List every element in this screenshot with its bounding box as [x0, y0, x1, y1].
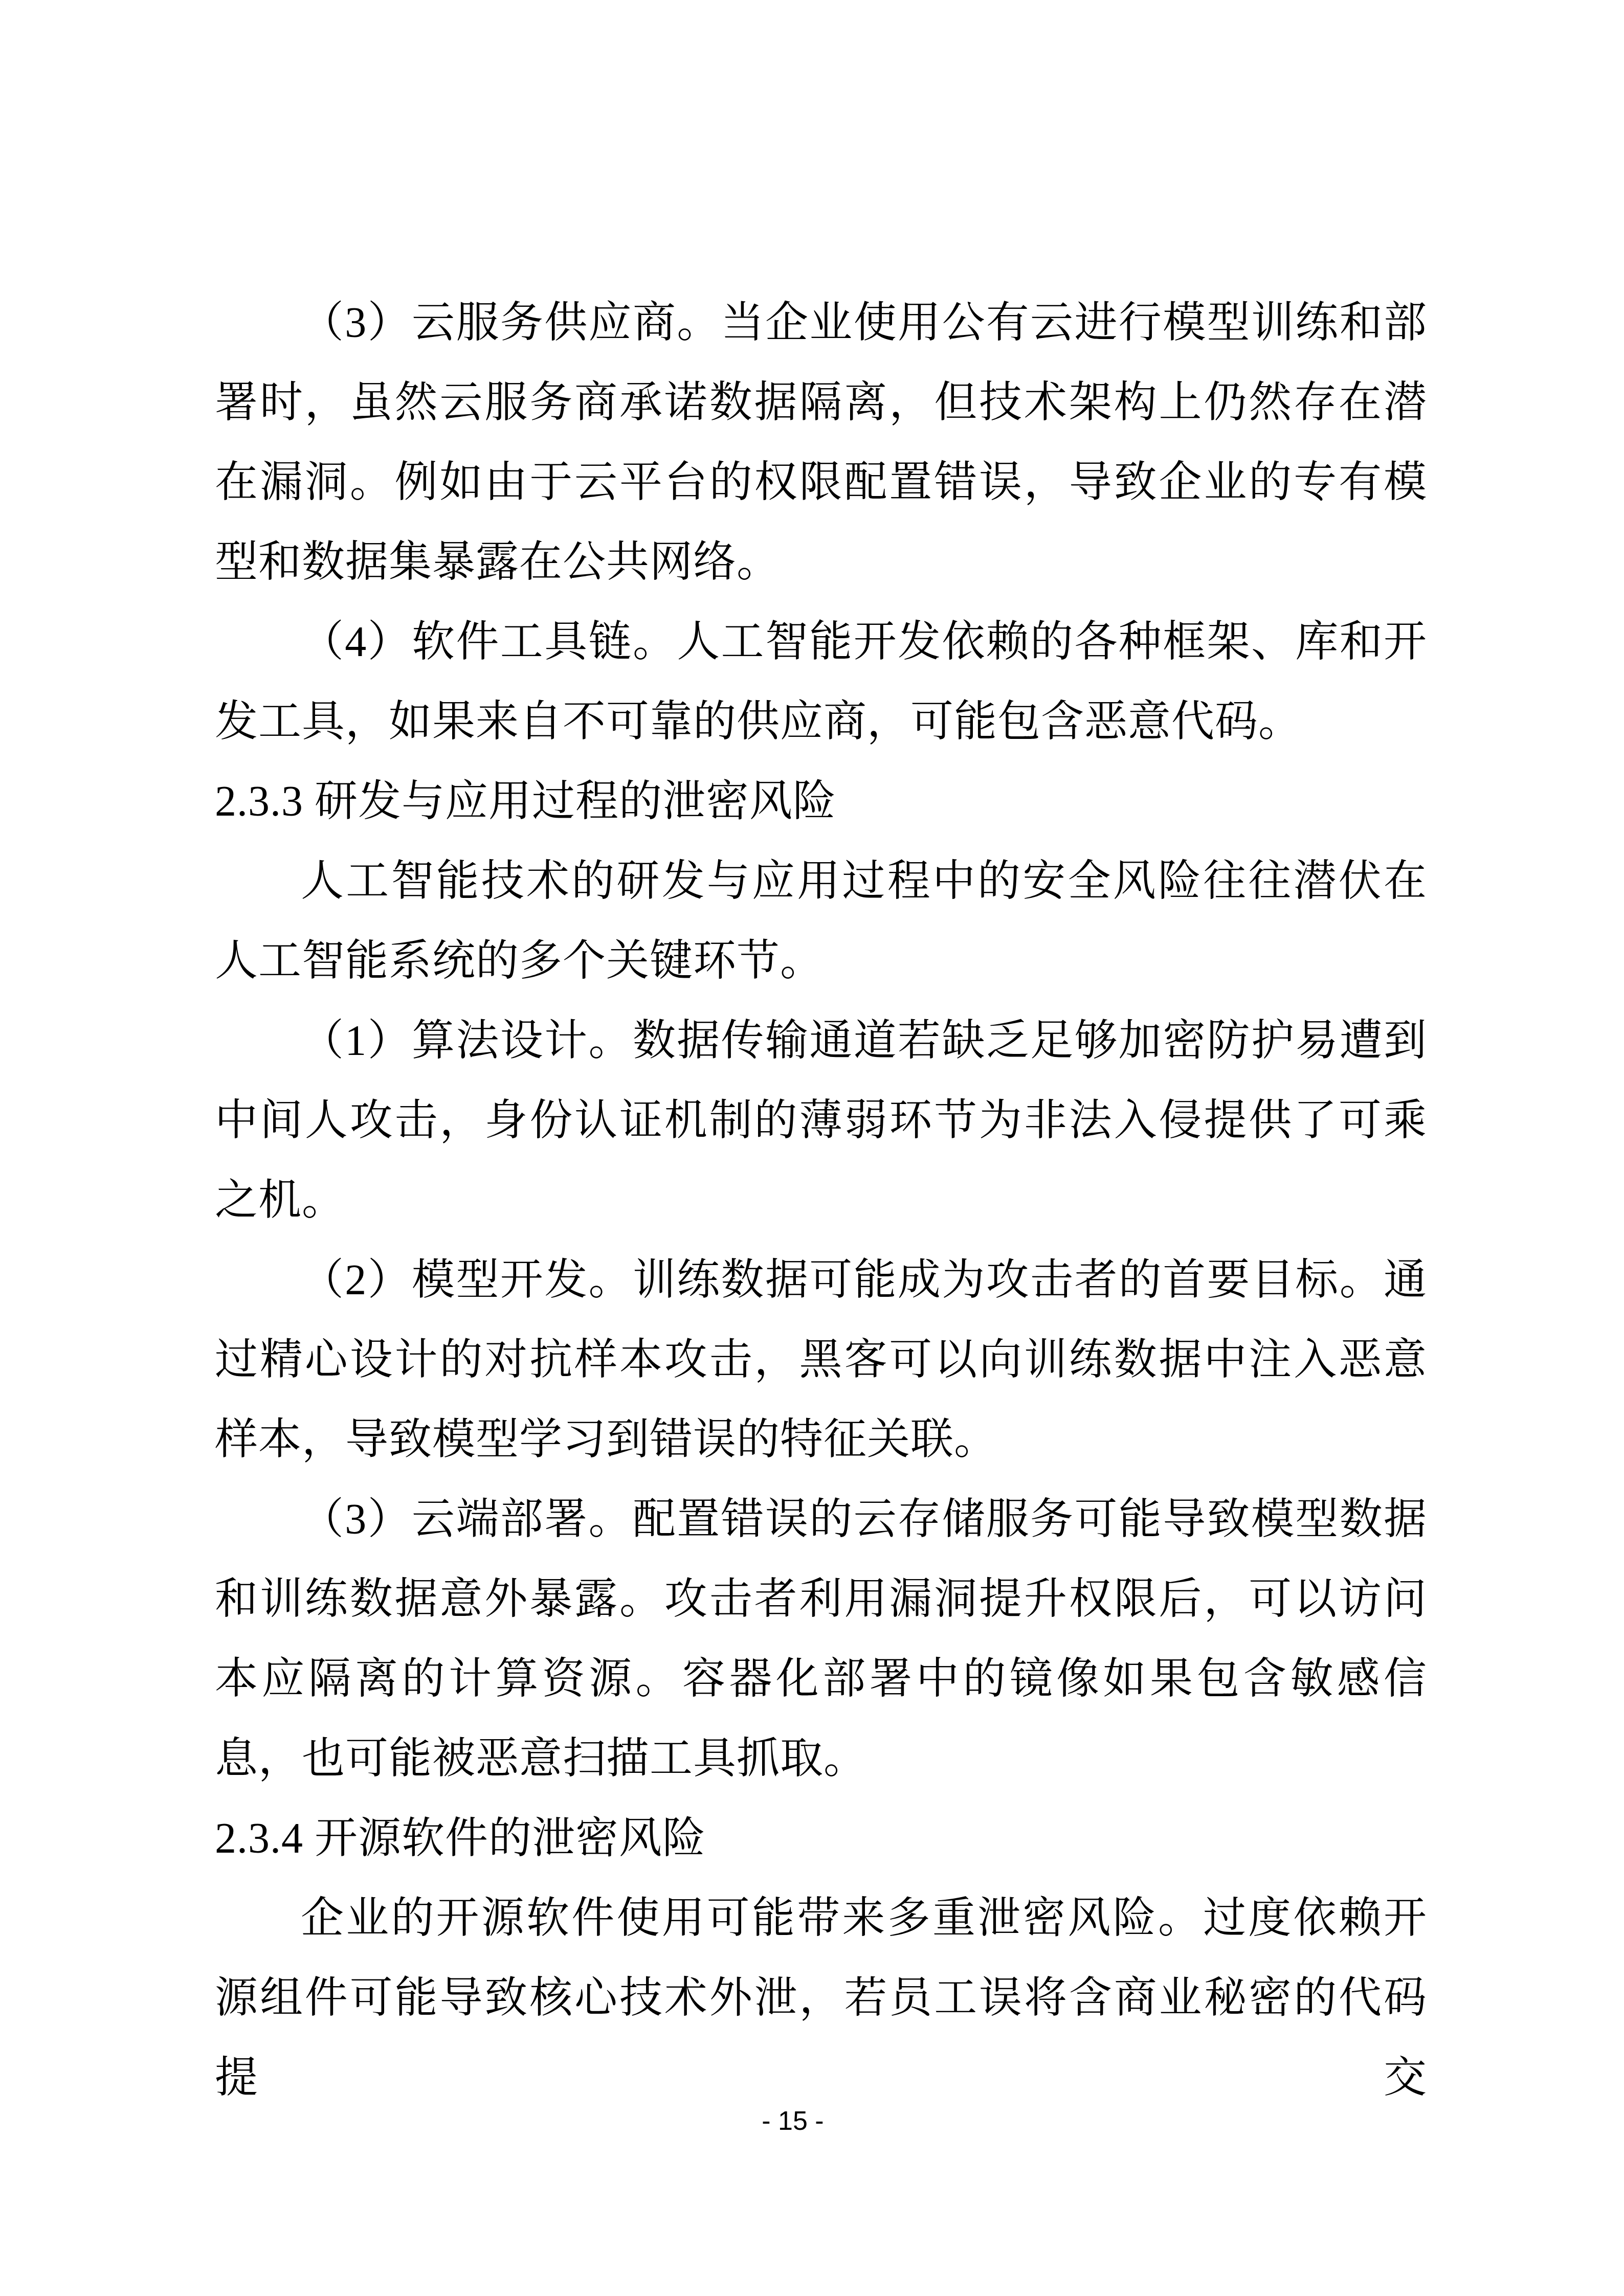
paragraph-open-source-risk: 企业的开源软件使用可能带来多重泄密风险。过度依赖开源组件可能导致核心技术外泄，若… — [215, 1879, 1427, 2118]
paragraph-cloud-service-provider: （3）云服务供应商。当企业使用公有云进行模型训练和部署时，虽然云服务商承诺数据隔… — [215, 283, 1427, 602]
page-number: - 15 - — [0, 2106, 1586, 2136]
paragraph-model-development: （2）模型开发。训练数据可能成为攻击者的首要目标。通过精心设计的对抗样本攻击，黑… — [215, 1241, 1427, 1480]
document-body: （3）云服务供应商。当企业使用公有云进行模型训练和部署时，虽然云服务商承诺数据隔… — [215, 283, 1427, 2118]
paragraph-software-toolchain: （4）软件工具链。人工智能开发依赖的各种框架、库和开发工具，如果来自不可靠的供应… — [215, 602, 1427, 762]
paragraph-cloud-deployment: （3）云端部署。配置错误的云存储服务可能导致模型数据和训练数据意外暴露。攻击者利… — [215, 1480, 1427, 1799]
paragraph-rd-application-intro: 人工智能技术的研发与应用过程中的安全风险往往潜伏在人工智能系统的多个关键环节。 — [215, 842, 1427, 1001]
document-page: （3）云服务供应商。当企业使用公有云进行模型训练和部署时，虽然云服务商承诺数据隔… — [0, 0, 1624, 2296]
section-heading-2-3-4: 2.3.4 开源软件的泄密风险 — [215, 1799, 1427, 1879]
paragraph-algorithm-design: （1）算法设计。数据传输通道若缺乏足够加密防护易遭到中间人攻击，身份认证机制的薄… — [215, 1001, 1427, 1241]
section-heading-2-3-3: 2.3.3 研发与应用过程的泄密风险 — [215, 762, 1427, 842]
